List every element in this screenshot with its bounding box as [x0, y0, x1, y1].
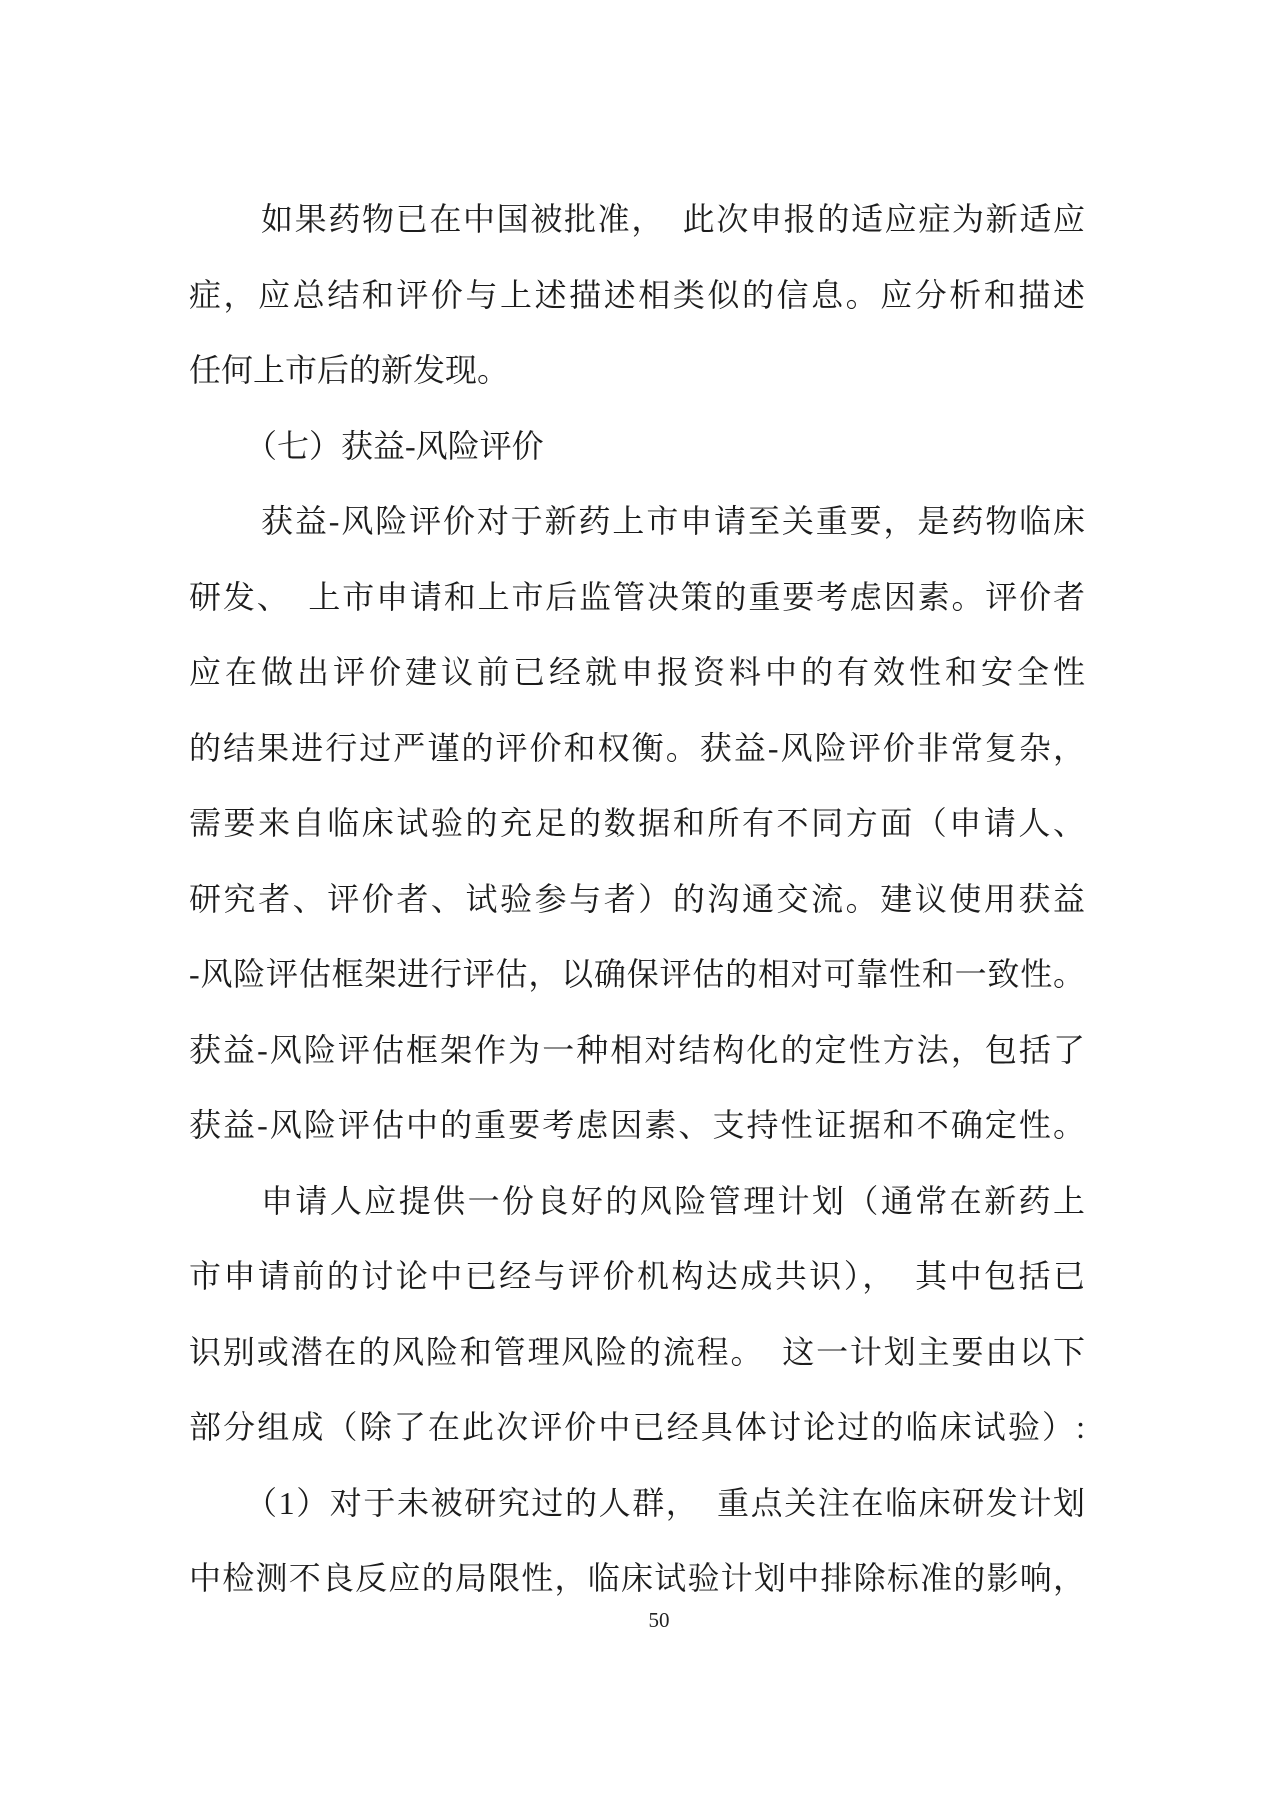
text-line-1: 如果药物已在中国被批准， 此次申报的适应症为新适应	[189, 182, 1085, 258]
text-line-19: 中检测不良反应的局限性，临床试验计划中排除标准的影响，	[189, 1541, 1085, 1617]
text-line-14: 申请人应提供一份良好的风险管理计划（通常在新药上	[189, 1164, 1085, 1240]
text-line-7: 应在做出评价建议前已经就申报资料中的有效性和安全性	[189, 635, 1085, 711]
text-line-2: 症，应总结和评价与上述描述相类似的信息。应分析和描述	[189, 258, 1085, 334]
text-line-10: 研究者、评价者、试验参与者）的沟通交流。建议使用获益	[189, 862, 1085, 938]
text-line-8: 的结果进行过严谨的评价和权衡。获益-风险评价非常复杂，	[189, 711, 1085, 787]
text-line-15: 市申请前的讨论中已经与评价机构达成共识）， 其中包括已	[189, 1239, 1085, 1315]
section-heading: （七）获益-风险评价	[189, 409, 1085, 485]
text-line-12: 获益-风险评估框架作为一种相对结构化的定性方法，包括了	[189, 1013, 1085, 1089]
text-line-5: 获益-风险评价对于新药上市申请至关重要，是药物临床	[189, 484, 1085, 560]
text-line-9: 需要来自临床试验的充足的数据和所有不同方面（申请人、	[189, 786, 1085, 862]
text-line-18: （1）对于未被研究过的人群， 重点关注在临床研发计划	[189, 1466, 1085, 1542]
text-line-6: 研发、 上市申请和上市后监管决策的重要考虑因素。评价者	[189, 560, 1085, 636]
text-line-17: 部分组成（除了在此次评价中已经具体讨论过的临床试验）:	[189, 1390, 1085, 1466]
page-number: 50	[189, 1607, 1129, 1633]
text-line-11: -风险评估框架进行评估，以确保评估的相对可靠性和一致性。	[189, 937, 1085, 1013]
text-line-16: 识别或潜在的风险和管理风险的流程。 这一计划主要由以下	[189, 1315, 1085, 1391]
text-line-3: 任何上市后的新发现。	[189, 333, 1085, 409]
document-page: 如果药物已在中国被批准， 此次申报的适应症为新适应症，应总结和评价与上述描述相类…	[0, 0, 1280, 1810]
text-line-13: 获益-风险评估中的重要考虑因素、支持性证据和不确定性。	[189, 1088, 1085, 1164]
text-block: 如果药物已在中国被批准， 此次申报的适应症为新适应症，应总结和评价与上述描述相类…	[189, 182, 1085, 1617]
